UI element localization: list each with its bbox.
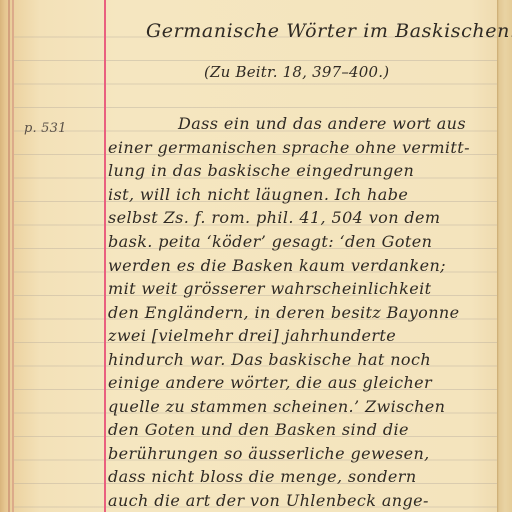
text-line: einige andere wörter, die aus gleicher — [108, 373, 432, 392]
text-line: Dass ein und das andere wort aus — [178, 114, 466, 133]
text-line: mit weit grösserer wahrscheinlichkeit — [108, 279, 431, 298]
text-line: zwei [vielmehr drei] jahrhunderte — [108, 326, 396, 345]
text-line: einer germanischen sprache ohne vermitt- — [108, 138, 470, 157]
text-line: ist, will ich nicht läugnen. Ich habe — [108, 185, 408, 204]
text-line: selbst Zs. f. rom. phil. 41, 504 von dem — [108, 208, 440, 227]
text-line: hindurch war. Das baskische hat noch — [108, 350, 431, 369]
page-subtitle: (Zu Beitr. 18, 397–400.) — [204, 63, 389, 81]
text-line: werden es die Basken kaum verdanken; — [108, 256, 446, 275]
text-line: bask. peita ‘köder’ gesagt: ‘den Goten — [108, 232, 432, 251]
notebook-page: Germanische Wörter im Baskischen. (Zu Be… — [0, 0, 512, 512]
margin-page-reference: p. 531 — [24, 121, 67, 136]
text-line: auch die art der von Uhlenbeck ange- — [108, 491, 429, 510]
binding-rule-inner — [12, 0, 14, 512]
text-line: den Goten und den Basken sind die — [108, 420, 409, 439]
text-line: quelle zu stammen scheinen.’ Zwischen — [108, 397, 445, 416]
page-edge — [497, 0, 512, 512]
text-line: berührungen so äusserliche gewesen, — [108, 444, 430, 463]
page-title: Germanische Wörter im Baskischen. — [146, 20, 512, 42]
text-line: dass nicht bloss die menge, sondern — [108, 467, 417, 486]
binding-rule-outer — [8, 0, 10, 512]
text-line: lung in das baskische eingedrungen — [108, 161, 414, 180]
text-line: den Engländern, in deren besitz Bayonne — [108, 303, 459, 322]
red-margin-rule — [104, 0, 106, 512]
